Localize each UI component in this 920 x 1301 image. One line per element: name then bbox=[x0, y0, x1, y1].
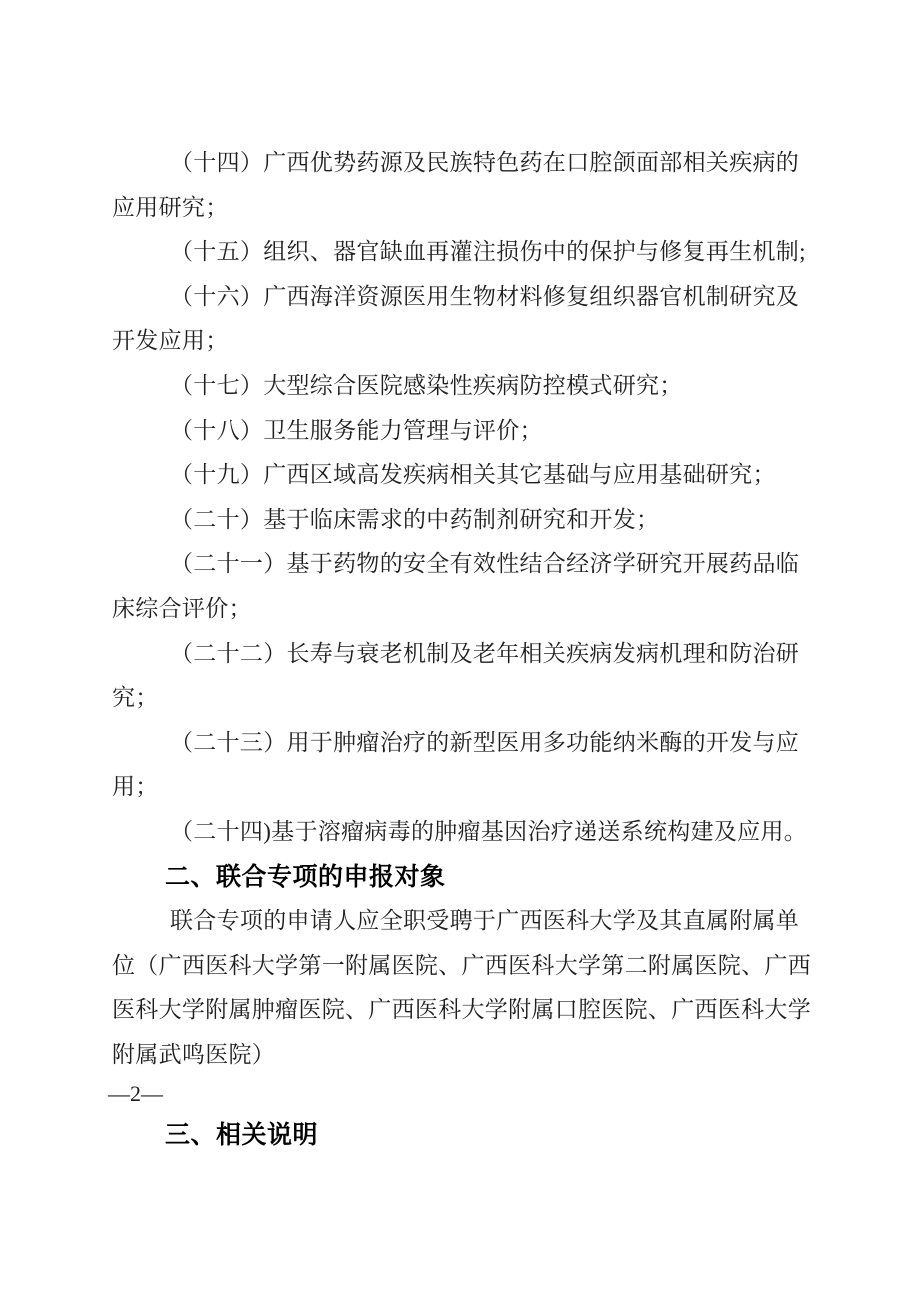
paragraph-line: 附属武鸣医院） bbox=[112, 1033, 818, 1078]
list-item-line: （二十）基于临床需求的中药制剂研究和开发； bbox=[112, 498, 818, 543]
section-heading: 三、相关说明 bbox=[112, 1113, 818, 1158]
list-item-line: （二十一）基于药物的安全有效性结合经济学研究开展药品临 bbox=[112, 542, 818, 587]
list-item-line: （十七）大型综合医院感染性疾病防控模式研究； bbox=[112, 364, 818, 409]
list-item-line: （二十三）用于肿瘤治疗的新型医用多功能纳米酶的开发与应 bbox=[112, 721, 818, 766]
list-item-line: 究； bbox=[112, 676, 818, 721]
list-item-line: （十五）组织、器官缺血再灌注损伤中的保护与修复再生机制; bbox=[112, 230, 818, 275]
paragraph-line: 医科大学附属肿瘤医院、广西医科大学附属口腔医院、广西医科大学 bbox=[112, 988, 818, 1033]
paragraph-line: 位（广西医科大学第一附属医院、广西医科大学第二附属医院、广西 bbox=[112, 944, 818, 989]
list-item-line: 用； bbox=[112, 765, 818, 810]
list-item-line: （十四）广西优势药源及民族特色药在口腔颌面部相关疾病的 bbox=[112, 141, 818, 186]
list-item-line: 应用研究； bbox=[112, 186, 818, 231]
list-item-line: （十八）卫生服务能力管理与评价； bbox=[112, 409, 818, 454]
list-item-line: （十九）广西区域高发疾病相关其它基础与应用基础研究； bbox=[112, 453, 818, 498]
page-number: —2— bbox=[108, 1077, 818, 1113]
paragraph-line: 联合专项的申请人应全职受聘于广西医科大学及其直属附属单 bbox=[112, 899, 818, 944]
section-heading: 二、联合专项的申报对象 bbox=[112, 855, 818, 900]
document-body: （十四）广西优势药源及民族特色药在口腔颌面部相关疾病的应用研究；（十五）组织、器… bbox=[112, 141, 818, 1158]
document-page: （十四）广西优势药源及民族特色药在口腔颌面部相关疾病的应用研究；（十五）组织、器… bbox=[0, 0, 920, 1301]
list-item-line: 开发应用； bbox=[112, 319, 818, 364]
list-item-line: （十六）广西海洋资源医用生物材料修复组织器官机制研究及 bbox=[112, 275, 818, 320]
list-item-line: （二十二）长寿与衰老机制及老年相关疾病发病机理和防治研 bbox=[112, 632, 818, 677]
list-item-line: （二十四)基于溶瘤病毒的肿瘤基因治疗递送系统构建及应用。 bbox=[112, 810, 818, 855]
list-item-line: 床综合评价； bbox=[112, 587, 818, 632]
